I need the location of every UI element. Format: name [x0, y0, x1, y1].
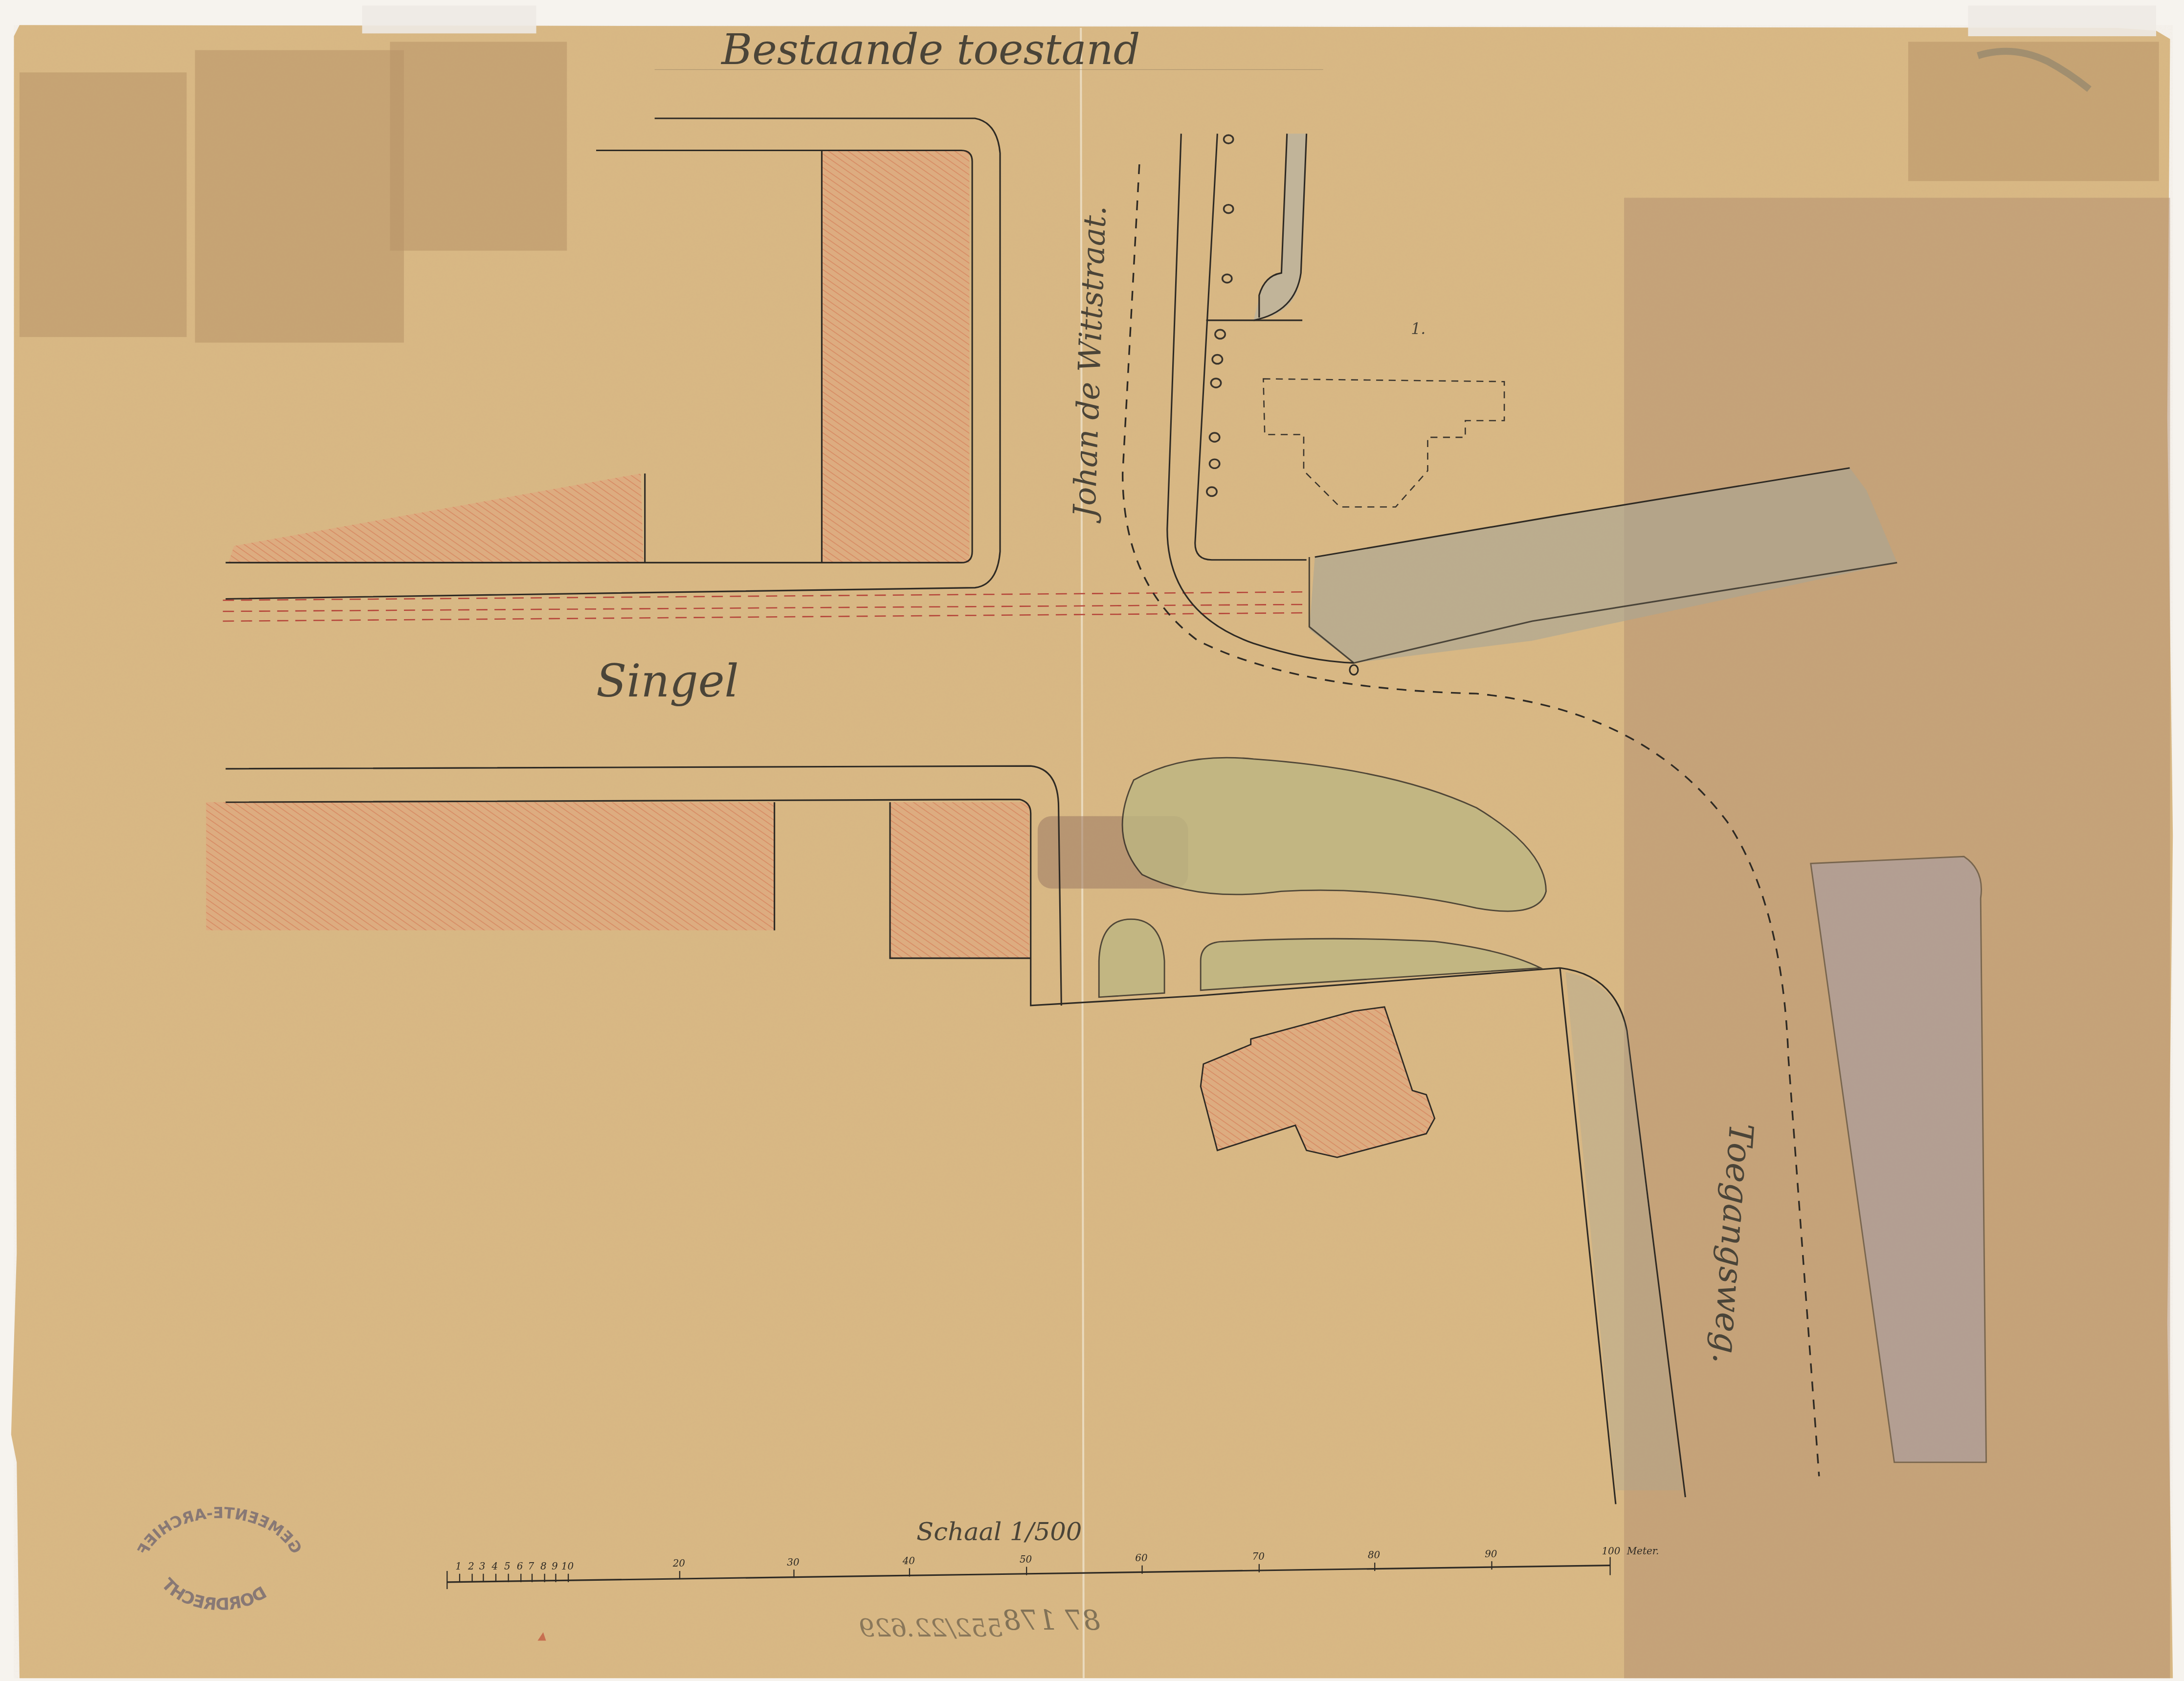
- svg-text:7: 7: [528, 1561, 534, 1572]
- svg-text:10: 10: [561, 1561, 574, 1572]
- svg-text:30: 30: [787, 1557, 800, 1568]
- scale-caption: Schaal 1/500: [916, 1517, 1082, 1547]
- repair-patch: [20, 72, 187, 337]
- svg-text:100: 100: [1602, 1546, 1620, 1557]
- svg-text:87 178: 87 178: [1003, 1604, 1100, 1636]
- green-area-small: [1099, 919, 1164, 997]
- svg-text:9: 9: [552, 1561, 558, 1572]
- svg-text:70: 70: [1252, 1551, 1265, 1562]
- svg-text:5: 5: [504, 1561, 511, 1572]
- svg-text:1: 1: [455, 1561, 462, 1572]
- svg-text:4: 4: [491, 1561, 498, 1572]
- svg-text:8: 8: [540, 1561, 547, 1572]
- svg-text:3: 3: [479, 1561, 486, 1572]
- svg-text:552/22.629: 552/22.629: [859, 1614, 1003, 1643]
- building-south-west-2: [890, 802, 1029, 958]
- svg-text:2: 2: [468, 1561, 474, 1572]
- svg-text:6: 6: [517, 1561, 523, 1572]
- building-south-west-1: [206, 802, 775, 930]
- svg-text:60: 60: [1135, 1552, 1148, 1564]
- archive-number: 552/22.629: [859, 1614, 1003, 1643]
- street-label-singel: Singel: [596, 655, 739, 707]
- site-plan-map: Bestaande toestand Singel Johan de Witts…: [0, 0, 2184, 1681]
- svg-text:90: 90: [1485, 1548, 1497, 1560]
- svg-text:80: 80: [1368, 1549, 1381, 1561]
- svg-text:40: 40: [902, 1555, 915, 1567]
- building-north-west-2: [822, 151, 969, 563]
- svg-text:Meter.: Meter.: [1627, 1546, 1659, 1557]
- svg-text:50: 50: [1020, 1554, 1032, 1565]
- pencil-note: 87 178: [1003, 1604, 1100, 1636]
- mark-1: 1.: [1411, 320, 1426, 338]
- map-title: Bestaande toestand: [720, 26, 1140, 74]
- svg-text:20: 20: [672, 1558, 686, 1569]
